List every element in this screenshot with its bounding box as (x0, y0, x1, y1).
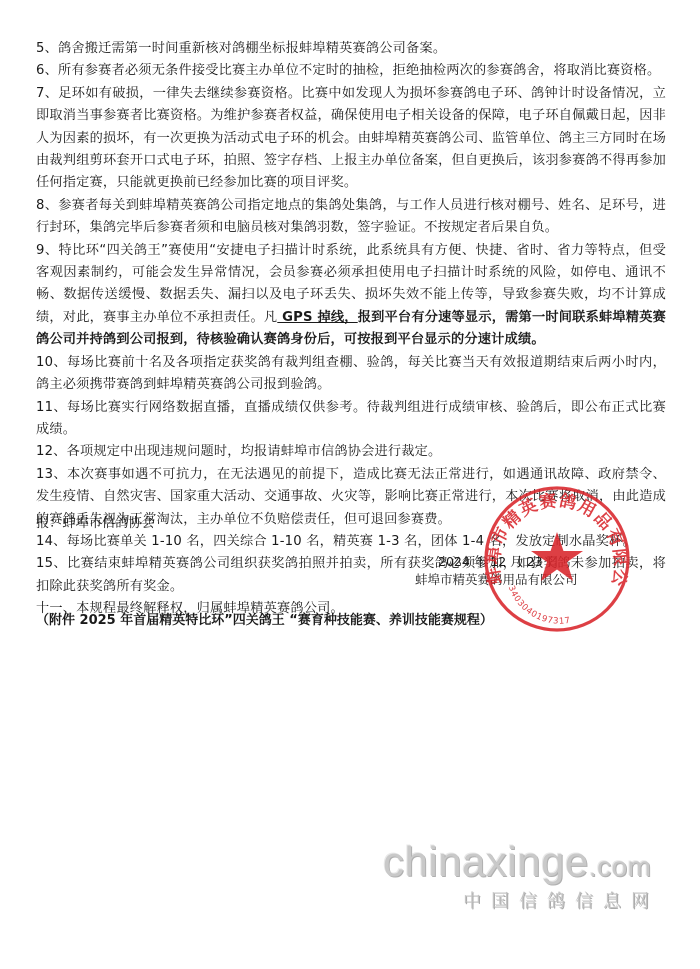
rule-text: 足环如有破损，一律失去继续参赛资格。比赛中如发现人为损坏参赛鸽电子环、鸽钟计时设… (36, 86, 666, 191)
rule-text: 各项规定中出现违规问题时，均报请蚌埠市信鸽协会进行裁定。 (67, 444, 442, 459)
rule-10: 10、每场比赛前十名及各项指定获奖鸽有裁判组查棚、验鸽，每关比赛当天有效报道期结… (36, 352, 666, 397)
attachment-note: （附件 2025 年首届精英特比环”四关鸽王 “赛育种技能赛、养训技能赛规程） (36, 611, 493, 631)
rule-number: 11、 (36, 400, 67, 415)
rule-text: 每场比赛前十名及各项指定获奖鸽有裁判组查棚、验鸽，每关比赛当天有效报道期结束后两… (36, 355, 666, 392)
site-watermark: chinaxinge.com 中国信鸽信息网 (383, 840, 683, 915)
rule-11: 11、每场比赛实行网络数据直播，直播成绩仅供参考。待裁判组进行成绩审核、验鸽后，… (36, 397, 666, 442)
rule-9: 9、特比环“四关鸽王”赛使用“安捷电子扫描计时系统，此系统具有方便、快捷、省时、… (36, 240, 666, 352)
rule-text: 所有参赛者必须无条件接受比赛主办单位不定时的抽检，拒绝抽检两次的参赛鸽舍，将取消… (58, 63, 660, 78)
watermark-domain: chinaxinge.com (383, 840, 683, 889)
rule-8: 8、参赛者每关到蚌埠精英赛鸽公司指定地点的集鸽处集鸽，与工作人员进行核对棚号、姓… (36, 195, 666, 240)
rule-5: 5、鸽舍搬迁需第一时间重新核对鸽棚坐标报蚌埠精英赛鸽公司备案。 (36, 38, 666, 60)
rule-number: 6、 (36, 63, 58, 78)
gps-dropout-emphasis: GPS 掉线， (277, 310, 357, 325)
rule-number: 13、 (36, 467, 67, 482)
company-seal-stamp: 蚌埠市精英赛鸽用品有限公司 3403040197317 (480, 485, 635, 635)
watermark-tld: .com (589, 851, 652, 882)
rule-number: 12、 (36, 444, 67, 459)
reporter-line: 报：蚌埠市信鸽协会 (36, 514, 155, 534)
rule-7: 7、足环如有破损，一律失去继续参赛资格。比赛中如发现人为损坏参赛鸽电子环、鸽钟计… (36, 83, 666, 195)
rule-6: 6、所有参赛者必须无条件接受比赛主办单位不定时的抽检，拒绝抽检两次的参赛鸽舍，将… (36, 60, 666, 82)
rule-number: 8、 (36, 198, 58, 213)
rule-number: 10、 (36, 355, 67, 370)
watermark-cn: 中国信鸽信息网 (463, 889, 683, 915)
stamp-code: 3403040197317 (506, 584, 572, 626)
rule-number: 5、 (36, 41, 58, 56)
rule-12: 12、各项规定中出现违规问题时，均报请蚌埠市信鸽协会进行裁定。 (36, 441, 666, 463)
rule-text: 每场比赛实行网络数据直播，直播成绩仅供参考。待裁判组进行成绩审核、验鸽后，即公布… (36, 400, 666, 437)
rule-number: 15、 (36, 556, 67, 571)
star-icon (531, 532, 583, 581)
rule-number: 14、 (36, 534, 67, 549)
rule-number: 9、 (36, 243, 58, 258)
rule-text: 鸽舍搬迁需第一时间重新核对鸽棚坐标报蚌埠精英赛鸽公司备案。 (58, 41, 446, 56)
rule-text: 参赛者每关到蚌埠精英赛鸽公司指定地点的集鸽处集鸽，与工作人员进行核对棚号、姓名、… (36, 198, 666, 235)
rule-number: 7、 (36, 86, 58, 101)
watermark-site: chinaxinge (383, 838, 589, 885)
